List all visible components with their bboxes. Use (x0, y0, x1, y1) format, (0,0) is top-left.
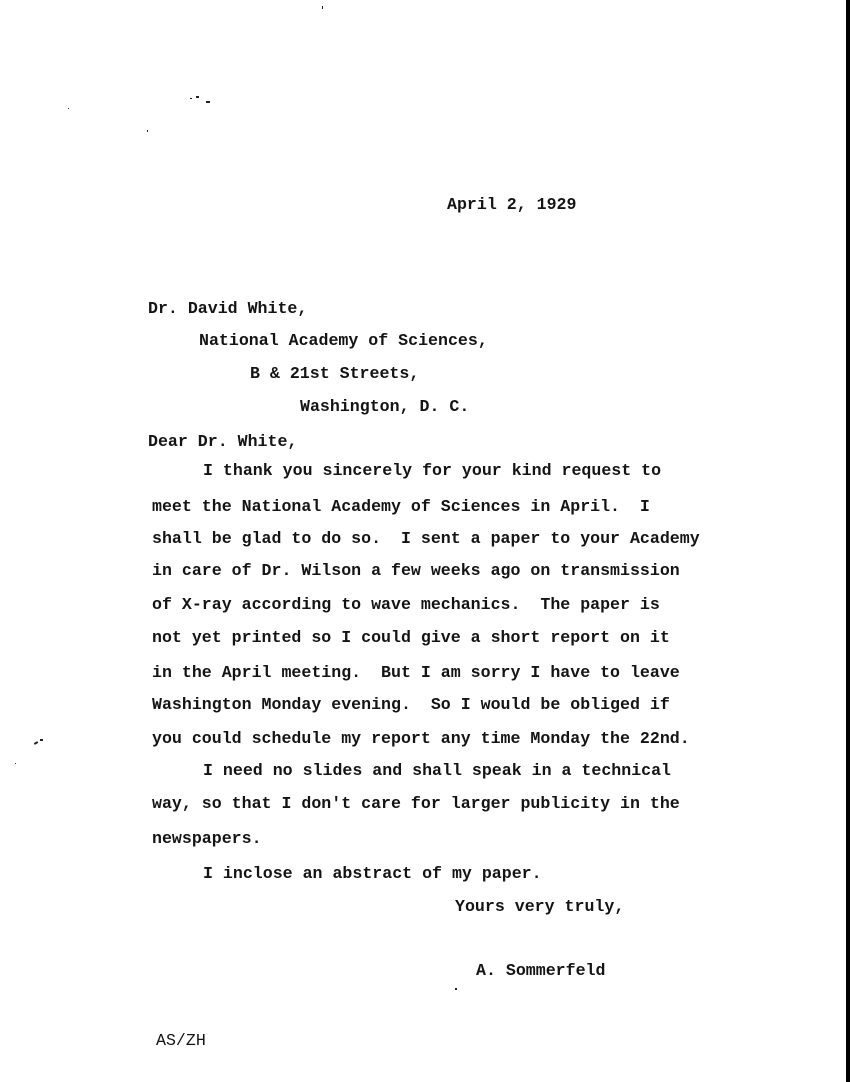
body-line: way, so that I don't care for larger pub… (152, 794, 680, 814)
body-line: of X-ray according to wave mechanics. Th… (152, 595, 660, 615)
recipient-city: Washington, D. C. (300, 397, 469, 417)
scan-speck (322, 6, 323, 9)
letter-date: April 2, 1929 (447, 195, 576, 215)
scan-speck (34, 741, 38, 745)
body-line: I thank you sincerely for your kind requ… (203, 461, 661, 481)
scan-speck (15, 763, 16, 764)
reference-initials: AS/ZH (156, 1031, 206, 1051)
scan-edge-border (846, 0, 850, 1082)
recipient-organization: National Academy of Sciences, (199, 331, 488, 351)
recipient-street: B & 21st Streets, (250, 364, 419, 384)
salutation: Dear Dr. White, (148, 432, 297, 452)
letter-page: April 2, 1929 Dr. David White, National … (0, 0, 850, 1082)
body-line: not yet printed so I could give a short … (152, 628, 670, 648)
scan-speck (196, 96, 199, 98)
body-line: meet the National Academy of Sciences in… (152, 497, 650, 517)
body-line: in the April meeting. But I am sorry I h… (152, 663, 680, 683)
scan-speck (40, 739, 43, 741)
body-line: in care of Dr. Wilson a few weeks ago on… (152, 561, 680, 581)
recipient-name: Dr. David White, (148, 299, 307, 319)
body-line: Washington Monday evening. So I would be… (152, 695, 670, 715)
body-line: you could schedule my report any time Mo… (152, 729, 690, 749)
scan-speck (190, 98, 192, 99)
scan-speck (147, 130, 148, 132)
scan-speck (206, 101, 210, 103)
body-line: I need no slides and shall speak in a te… (203, 761, 671, 781)
body-line: newspapers. (152, 829, 262, 849)
scan-speck (455, 988, 457, 990)
body-line: shall be glad to do so. I sent a paper t… (152, 529, 700, 549)
body-line: I inclose an abstract of my paper. (203, 864, 542, 884)
signature: A. Sommerfeld (476, 961, 605, 981)
closing: Yours very truly, (455, 897, 624, 917)
scan-speck (68, 108, 69, 109)
